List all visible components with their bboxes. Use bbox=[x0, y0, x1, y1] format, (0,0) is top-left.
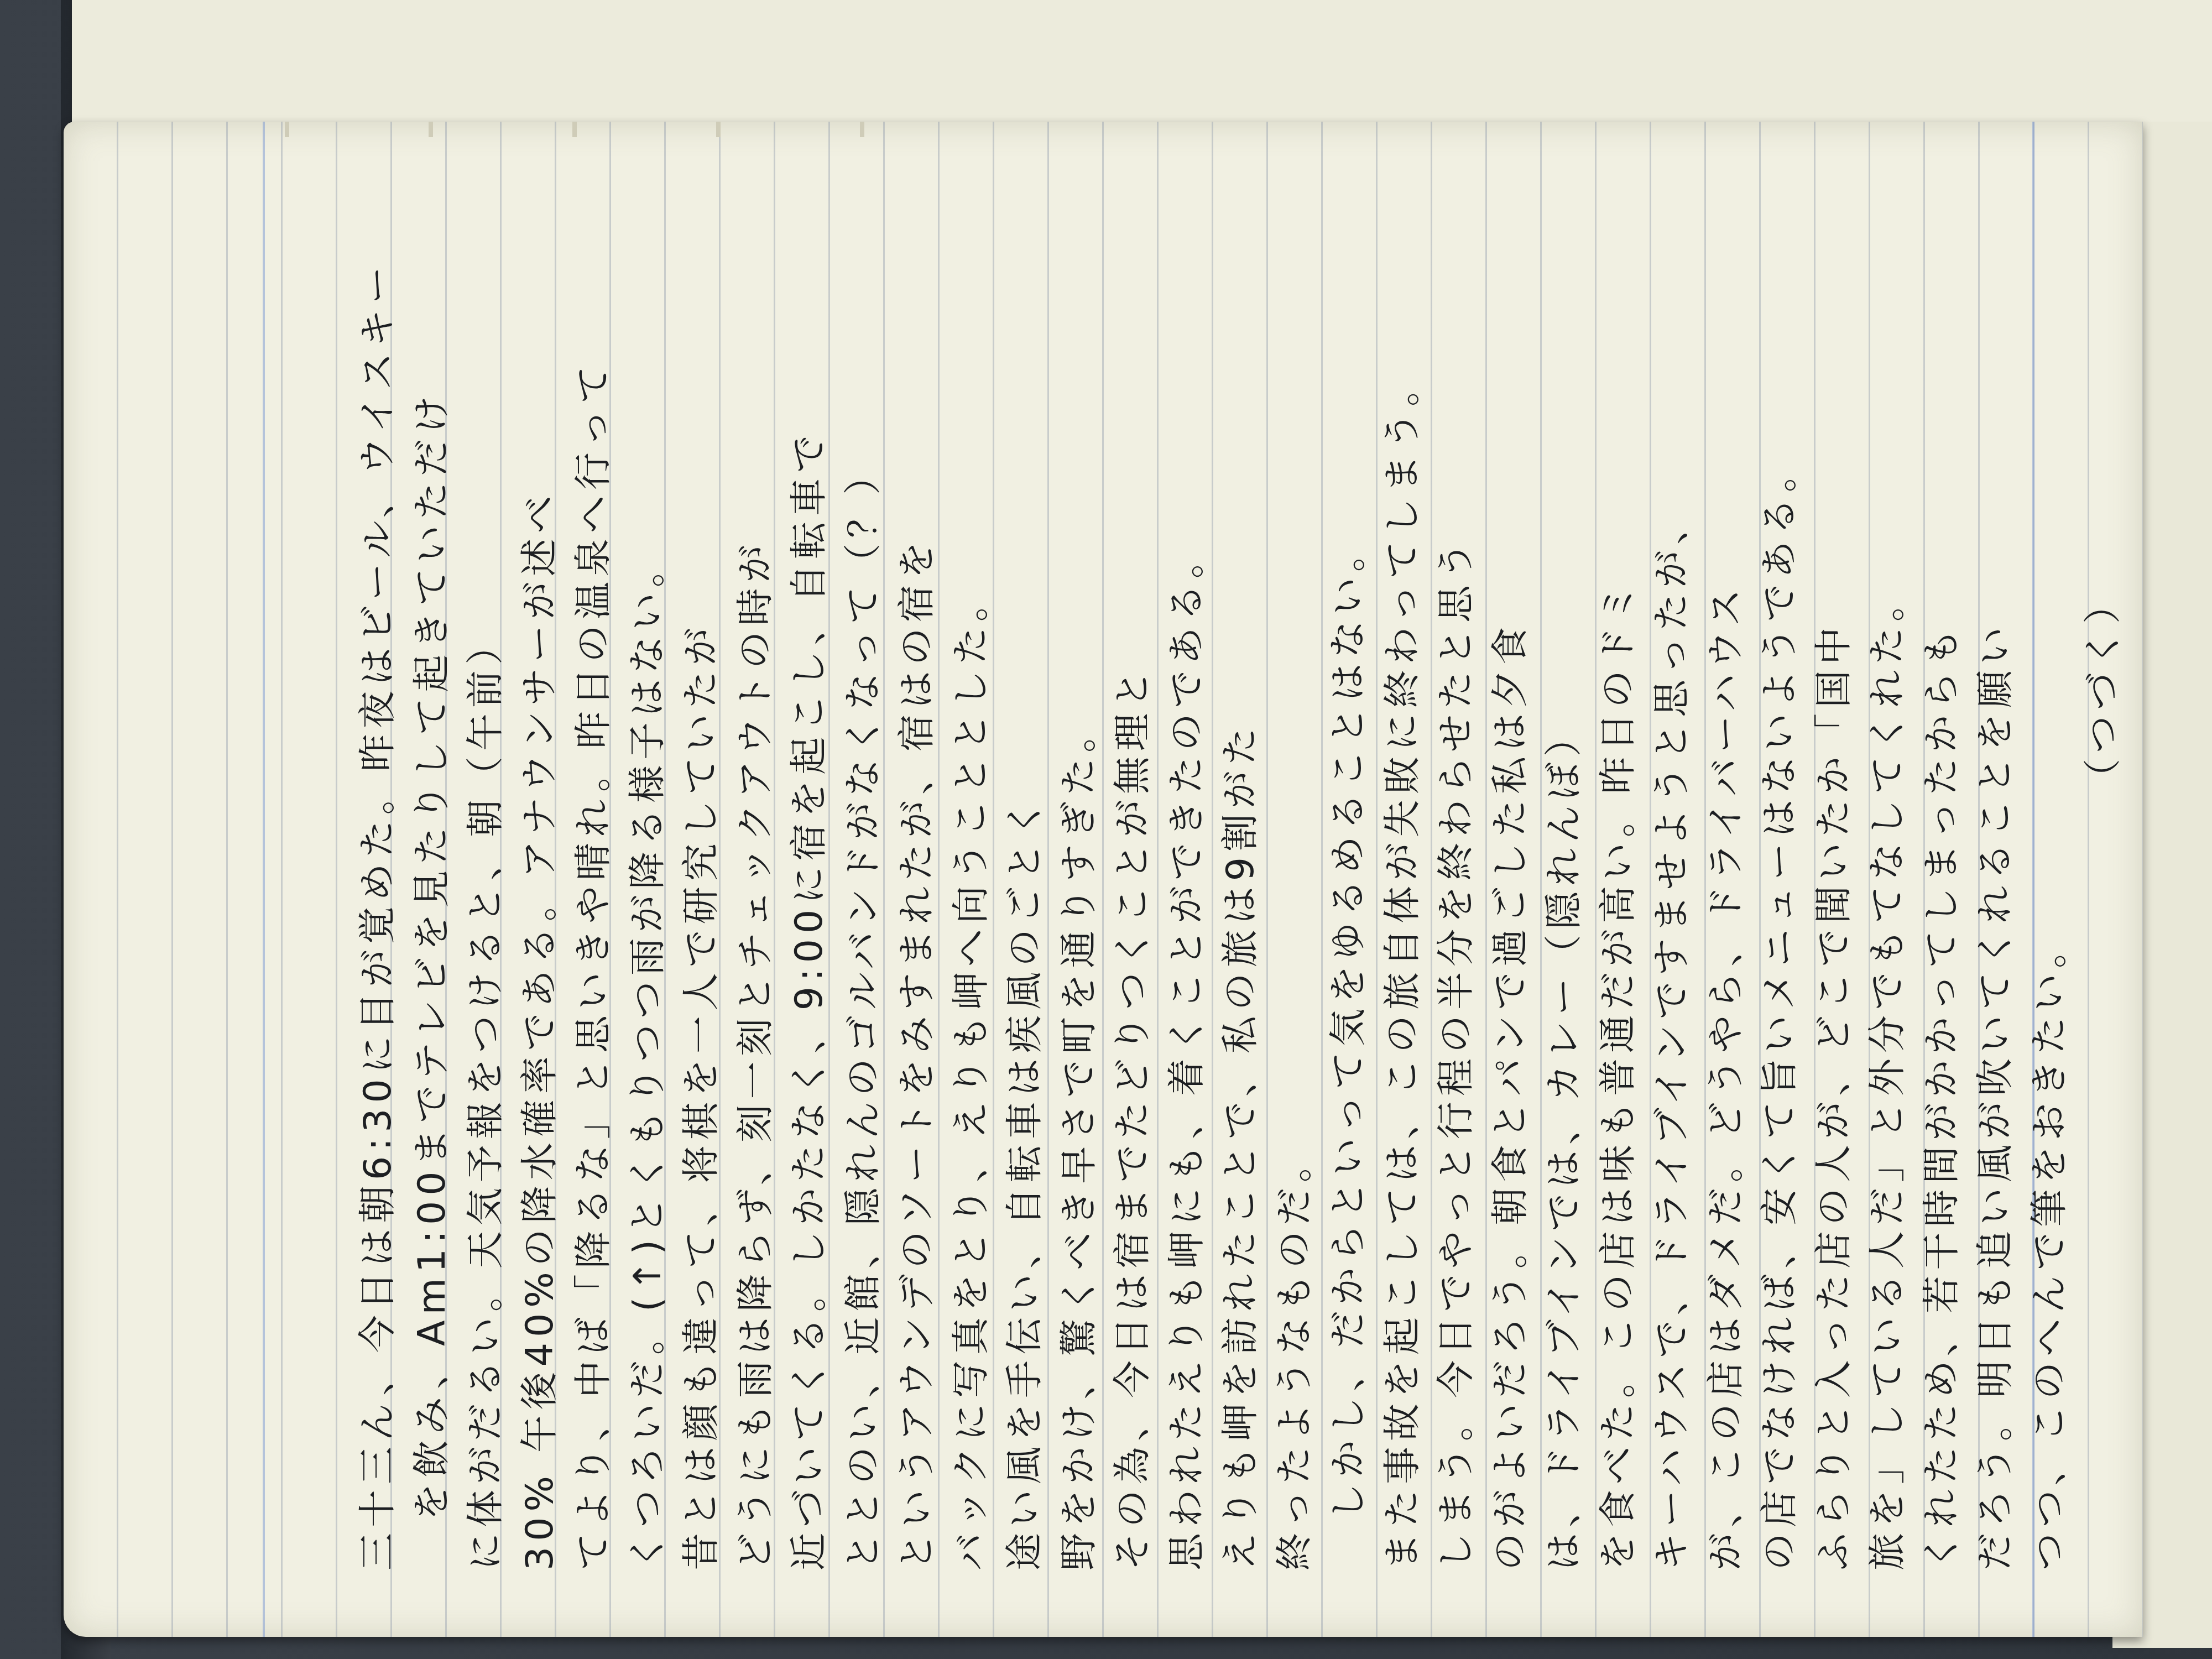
diary-line: 三十三ん、今日は朝6:30に目が覚めた。昨夜はビール、ウイスキー bbox=[351, 188, 405, 1571]
diary-line: てより、中ば「降るな」と思いきや晴れ。昨日の温泉へ行って bbox=[567, 188, 621, 1571]
diary-line: どうにも雨は降らず、刻一刻とチェックアウトの時が bbox=[729, 188, 783, 1571]
diary-line: の店でなければ、安くて旨いメニューはないようである。 bbox=[1753, 188, 1807, 1571]
diary-line: しまう。今日でやっと行程の半分を終わらせたと思う bbox=[1430, 188, 1484, 1571]
diary-line: 終ったようなものだ。 bbox=[1268, 188, 1322, 1571]
diary-line: つつ、このへんで筆をおきたい。 bbox=[2023, 188, 2077, 1571]
diary-line: だろう。明日も追い風が吹いてくれることを願い bbox=[1969, 188, 2023, 1571]
diary-line: 近づいてくる。しかたなく、9:00に宿を起こし、自転車で bbox=[782, 188, 837, 1571]
diary-line: くつろいだ。(↑)とくもりつつ雨が降る様子はない。 bbox=[621, 188, 675, 1571]
stitch bbox=[429, 122, 433, 137]
diary-line: しかし、だからといって気をゆるめることはない。 bbox=[1322, 188, 1376, 1571]
stitch bbox=[572, 122, 577, 137]
diary-line: を食べた。この店は味も普通だが高い。昨日のドミ bbox=[1592, 188, 1646, 1571]
binding-stitches bbox=[64, 122, 2143, 128]
diary-line: 野をかけ、驚くべき早さで町を通りすぎた。 bbox=[1052, 188, 1107, 1571]
handwritten-diary-text: 三十三ん、今日は朝6:30に目が覚めた。昨夜はビール、ウイスキー を飲み、Am1… bbox=[351, 188, 1955, 1571]
diary-line: 30% 午後40%の降水確率である。アナウンサーが述べ bbox=[513, 188, 567, 1571]
stitch bbox=[860, 122, 864, 137]
diary-line: というアウンデのソートをみすまれたが、宿はの宿を bbox=[890, 188, 945, 1571]
diary-line: バックに写真をとり、えりも岬へ向うこととした。 bbox=[945, 188, 999, 1571]
diary-line: ふらりと入った店の人が、どこで聞いたか「国中 bbox=[1807, 188, 1861, 1571]
stitch bbox=[716, 122, 721, 137]
diary-line: を飲み、Am1:00までテレビを見たりして起きていただけ bbox=[405, 188, 460, 1571]
diary-line: キーハウスで、ドライブインですませようと思ったが、 bbox=[1645, 188, 1699, 1571]
diary-line: は、ドライブインでは、カレー（隠れんぼ） bbox=[1537, 188, 1592, 1571]
notebook-page: 三十三ん、今日は朝6:30に目が覚めた。昨夜はビール、ウイスキー を飲み、Am1… bbox=[64, 122, 2143, 1637]
diary-line: 昔とは顔も違って、将棋を一人で研究していたが bbox=[675, 188, 729, 1571]
diary-closing: （つづく） bbox=[2077, 188, 2131, 1571]
diary-line: ととのい、近館、隠れんのゴルバンドがなくなって（？） bbox=[837, 188, 891, 1571]
diary-line: その為、今日は宿までたどりつくことが無理と bbox=[1106, 188, 1160, 1571]
diary-line: また事故を起こしては、この旅自体が失敗に終わってしまう。 bbox=[1376, 188, 1430, 1571]
diary-line: 思われたえりも岬にも、着くことができたのである。 bbox=[1160, 188, 1214, 1571]
diary-line: のがよいだろう。朝食とパンで過ごした私は夕食 bbox=[1484, 188, 1538, 1571]
diary-line: が、この店はダメだ。どうやら、ドライバーハウス bbox=[1699, 188, 1754, 1571]
diary-line: 途い風を手伝い、自転車は疾風のごとく bbox=[998, 188, 1052, 1571]
stitch bbox=[285, 122, 289, 137]
diary-line: 旅を」している人だ」と外分でもてなしてくれた。 bbox=[1861, 188, 1915, 1571]
diary-line: に体がだるい。天気予報をつけると、朝（午前） bbox=[459, 188, 513, 1571]
diary-line: えりも岬を訪れたことで、私の旅は9割がた bbox=[1214, 188, 1268, 1571]
top-margin-line bbox=[263, 122, 265, 1637]
diary-line: くれたため、若干時間がかかってしまったからも bbox=[1915, 188, 1969, 1571]
